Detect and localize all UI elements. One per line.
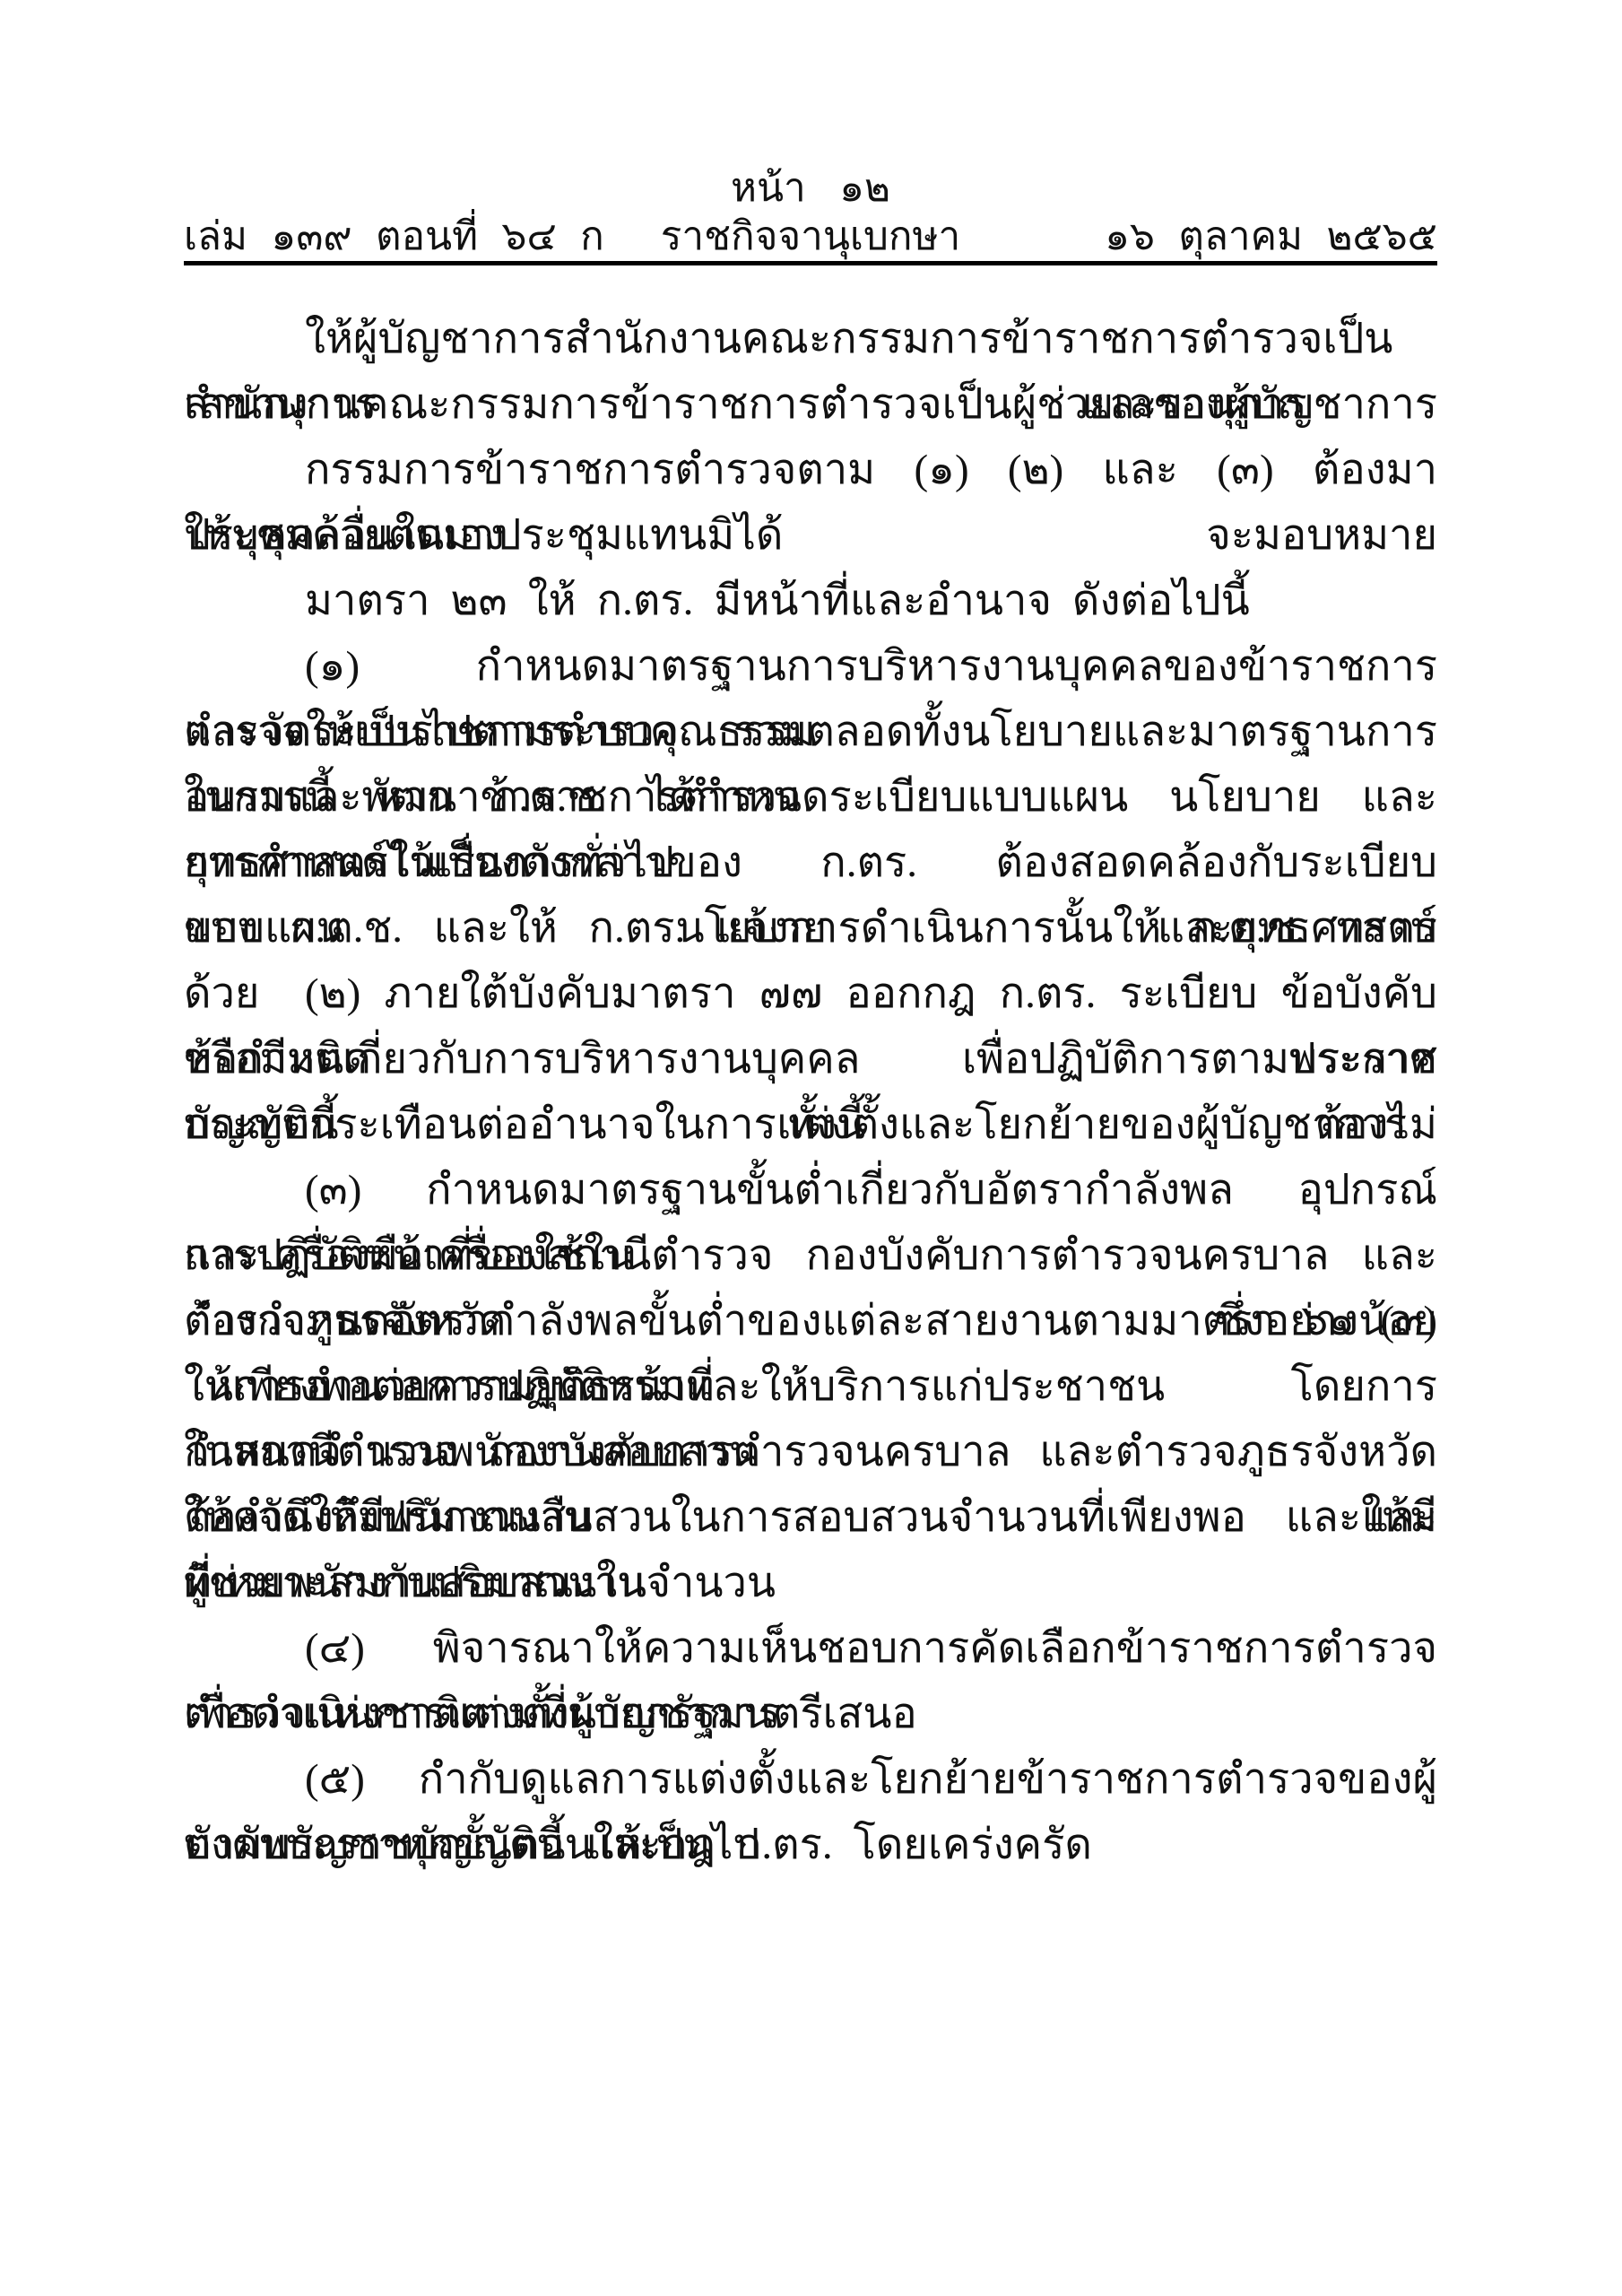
running-head: หน้า ๑๒ เล่ม ๑๓๙ ตอนที่ ๖๔ ก ราชกิจจานุเ… <box>184 164 1437 261</box>
text-line: ในการนี้ หาก ก.ต.ช. ได้กำหนดระเบียบแบบแผ… <box>184 765 1437 831</box>
text-line: หรือมีมติเกี่ยวกับการบริหารงานบุคคล เพื่… <box>184 1027 1437 1092</box>
text-line: (๔) พิจารณาให้ความเห็นชอบการคัดเลือกข้าร… <box>184 1616 1437 1682</box>
gazette-page: หน้า ๑๒ เล่ม ๑๓๙ ตอนที่ ๖๔ ก ราชกิจจานุเ… <box>0 0 1622 2296</box>
publication-date: ๑๖ ตุลาคม ๒๕๖๕ <box>960 213 1437 261</box>
text-line: (๓) กำหนดมาตรฐานขั้นต่ำเกี่ยวกับอัตรากำล… <box>184 1158 1437 1223</box>
text-line: (๑) กำหนดมาตรฐานการบริหารงานบุคคลของข้าร… <box>184 634 1437 700</box>
text-line: มาตรา ๒๓ ให้ ก.ตร. มีหน้าที่และอำนาจ ดัง… <box>184 569 1437 634</box>
text-line: และจัดระบบราชการตำรวจ รวมตลอดทั้งนโยบายแ… <box>184 700 1437 765</box>
text-line: (๕) กำกับดูแลการแต่งตั้งและโยกย้ายข้าราช… <box>184 1747 1437 1813</box>
document-body: ให้ผู้บัญชาการสำนักงานคณะกรรมการข้าราชกา… <box>184 307 1437 1878</box>
text-line: (๒) ภายใต้บังคับมาตรา ๗๗ ออกกฎ ก.ตร. ระเ… <box>184 961 1437 1027</box>
text-line: การปฏิบัติหน้าที่ของสถานีตำรวจ กองบังคับ… <box>184 1223 1437 1289</box>
text-line: ต้องกำหนดอัตรากำลังพลขั้นต่ำของแต่ละสายง… <box>184 1289 1437 1354</box>
text-line: สำนักงานคณะกรรมการข้าราชการตำรวจเป็นผู้ช… <box>184 372 1437 438</box>
text-line: การกำหนดในเรื่องดังกล่าวของ ก.ตร. ต้องสอ… <box>184 831 1437 896</box>
header-rule <box>184 261 1437 265</box>
text-line: ของ ก.ต.ช. และให้ ก.ตร. แจ้งการดำเนินการ… <box>184 896 1437 961</box>
text-line: ต้องจัดให้มีพนักงานสืบสวนในการสอบสวนจำนว… <box>184 1485 1437 1551</box>
header-row: เล่ม ๑๓๙ ตอนที่ ๖๔ ก ราชกิจจานุเบกษา ๑๖ … <box>184 213 1437 261</box>
text-line: ในการอำนวยความยุติธรรมและให้บริการแก่ประ… <box>184 1354 1437 1420</box>
text-line: กระทบกระเทือนต่ออำนาจในการแต่งตั้งและโยก… <box>184 1092 1437 1158</box>
page-number: หน้า ๑๒ <box>184 164 1437 213</box>
text-line: ตามพระราชบัญญัตินี้ และกฎ ก.ตร. โดยเคร่ง… <box>184 1813 1437 1878</box>
text-line: ให้ผู้บัญชาการสำนักงานคณะกรรมการข้าราชกา… <box>184 307 1437 372</box>
text-line: ตำรวจแห่งชาติตามที่นายกรัฐมนตรีเสนอ <box>184 1682 1437 1747</box>
text-line: ที่เหมาะสมกับปริมาณงาน <box>184 1551 1437 1616</box>
gazette-name: ราชกิจจานุเบกษา <box>661 213 961 261</box>
volume-issue-label: เล่ม ๑๓๙ ตอนที่ ๖๔ ก <box>184 213 661 261</box>
text-line: ในสถานีตำรวจ กองบังคับการตำรวจนครบาล และ… <box>184 1420 1437 1485</box>
text-line: กรรมการข้าราชการตำรวจตาม (๑) (๒) และ (๓)… <box>184 438 1437 503</box>
